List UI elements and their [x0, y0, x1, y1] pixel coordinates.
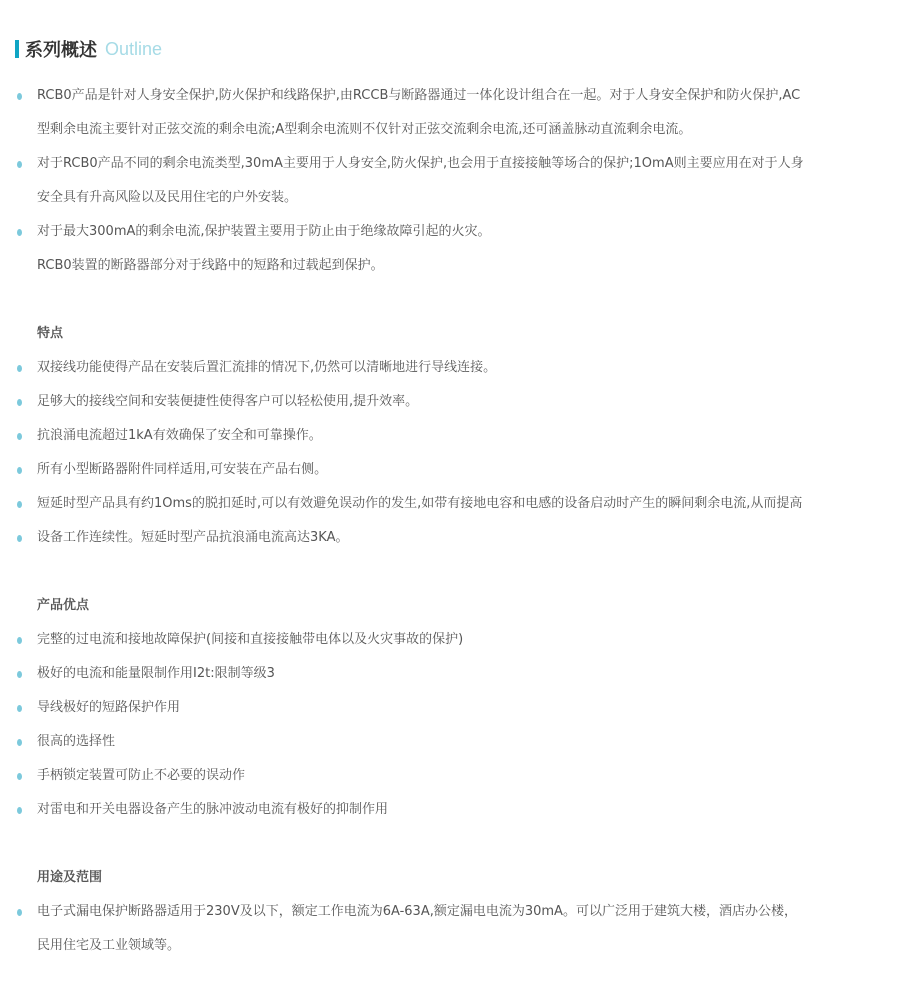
list-item: 极好的电流和能量限制作用I2t:限制等级3	[0, 657, 900, 691]
list-item-text: 型剩余电流主要针对正弦交流的剩余电流;A型剩余电流则不仅针对正弦交流剩余电流,还…	[37, 122, 691, 137]
bullet-icon	[17, 433, 22, 440]
list-item-text: 短延时型产品具有约1Oms的脱扣延时,可以有效避免误动作的发生,如带有接地电容和…	[37, 496, 802, 511]
bullet-icon	[17, 467, 22, 474]
list-item-text: 足够大的接线空间和安装便捷性使得客户可以轻松使用,提升效率。	[37, 394, 418, 409]
list-item-text: 安全具有升高风险以及民用住宅的户外安装。	[37, 190, 297, 205]
list-item-text: 对于RCB0产品不同的剩余电流类型,30mA主要用于人身安全,防火保护,也会用于…	[37, 156, 804, 171]
advantages-section: 产品优点 完整的过电流和接地故障保护(间接和直接接触带电体以及火灾事故的保护) …	[0, 589, 900, 827]
list-item: 手柄锁定装置可防止不必要的误动作	[0, 759, 900, 793]
list-item: 完整的过电流和接地故障保护(间接和直接接触带电体以及火灾事故的保护)	[0, 623, 900, 657]
list-item-text: RCB0装置的断路器部分对于线路中的短路和过载起到保护。	[37, 258, 384, 273]
list-item: RCB0产品是针对人身安全保护,防火保护和线路保护,由RCCB与断路器通过一体化…	[0, 79, 900, 113]
list-item-text: RCB0产品是针对人身安全保护,防火保护和线路保护,由RCCB与断路器通过一体化…	[37, 88, 800, 103]
list-item: 电子式漏电保护断路器适用于230V及以下，额定工作电流为6A-63A,额定漏电电…	[0, 895, 900, 929]
list-item: 足够大的接线空间和安装便捷性使得客户可以轻松使用,提升效率。	[0, 385, 900, 419]
list-item-text: 对雷电和开关电器设备产生的脉冲波动电流有极好的抑制作用	[37, 802, 388, 817]
list-item-text: 抗浪涌电流超过1kA有效确保了安全和可靠操作。	[37, 428, 322, 443]
list-item-text: 很高的选择性	[37, 734, 115, 749]
section-header: 系列概述 Outline	[15, 36, 162, 62]
bullet-icon	[17, 229, 22, 236]
spacer	[0, 283, 900, 317]
page-subtitle-en: Outline	[105, 39, 162, 60]
list-item: 对雷电和开关电器设备产生的脉冲波动电流有极好的抑制作用	[0, 793, 900, 827]
bullet-icon	[17, 739, 22, 746]
list-item-text: 设备工作连续性。短延时型产品抗浪涌电流高达3KA。	[37, 530, 348, 545]
list-item: 抗浪涌电流超过1kA有效确保了安全和可靠操作。	[0, 419, 900, 453]
list-item-text: 手柄锁定装置可防止不必要的误动作	[37, 768, 245, 783]
bullet-icon	[17, 161, 22, 168]
bullet-icon	[17, 773, 22, 780]
bullet-icon	[17, 705, 22, 712]
bullet-icon	[17, 93, 22, 100]
bullet-icon	[17, 637, 22, 644]
features-section: 特点 双接线功能使得产品在安装后置汇流排的情况下,仍然可以清晰地进行导线连接。 …	[0, 317, 900, 555]
list-item-text: 所有小型断路器附件同样适用,可安装在产品右侧。	[37, 462, 327, 477]
list-item: 很高的选择性	[0, 725, 900, 759]
bullet-icon	[17, 535, 22, 542]
spacer	[0, 555, 900, 589]
list-item-text: 完整的过电流和接地故障保护(间接和直接接触带电体以及火灾事故的保护)	[37, 632, 463, 647]
bullet-icon	[17, 909, 22, 916]
applications-section: 用途及范围 电子式漏电保护断路器适用于230V及以下，额定工作电流为6A-63A…	[0, 861, 900, 963]
list-item: 所有小型断路器附件同样适用,可安装在产品右侧。	[0, 453, 900, 487]
page-title: 系列概述	[25, 36, 97, 62]
list-item-continuation: RCB0装置的断路器部分对于线路中的短路和过载起到保护。	[0, 249, 900, 283]
list-item-continuation: 民用住宅及工业领域等。	[0, 929, 900, 963]
list-item-text: 双接线功能使得产品在安装后置汇流排的情况下,仍然可以清晰地进行导线连接。	[37, 360, 496, 375]
list-item-text: 对于最大300mA的剩余电流,保护装置主要用于防止由于绝缘故障引起的火灾。	[37, 224, 491, 239]
list-item-text: 极好的电流和能量限制作用I2t:限制等级3	[37, 666, 275, 681]
list-item-continuation: 安全具有升高风险以及民用住宅的户外安装。	[0, 181, 900, 215]
bullet-icon	[17, 671, 22, 678]
section-heading: 用途及范围	[0, 861, 900, 895]
list-item-text: 导线极好的短路保护作用	[37, 700, 180, 715]
accent-bar	[15, 40, 19, 58]
list-item: 短延时型产品具有约1Oms的脱扣延时,可以有效避免误动作的发生,如带有接地电容和…	[0, 487, 900, 521]
bullet-icon	[17, 501, 22, 508]
list-item: 对于最大300mA的剩余电流,保护装置主要用于防止由于绝缘故障引起的火灾。	[0, 215, 900, 249]
content: RCB0产品是针对人身安全保护,防火保护和线路保护,由RCCB与断路器通过一体化…	[0, 79, 900, 963]
bullet-icon	[17, 807, 22, 814]
list-item: 设备工作连续性。短延时型产品抗浪涌电流高达3KA。	[0, 521, 900, 555]
section-heading: 产品优点	[0, 589, 900, 623]
section-heading: 特点	[0, 317, 900, 351]
list-item-continuation: 型剩余电流主要针对正弦交流的剩余电流;A型剩余电流则不仅针对正弦交流剩余电流,还…	[0, 113, 900, 147]
overview-section: RCB0产品是针对人身安全保护,防火保护和线路保护,由RCCB与断路器通过一体化…	[0, 79, 900, 283]
list-item-text: 电子式漏电保护断路器适用于230V及以下，额定工作电流为6A-63A,额定漏电电…	[37, 904, 797, 919]
bullet-icon	[17, 365, 22, 372]
bullet-icon	[17, 399, 22, 406]
list-item: 双接线功能使得产品在安装后置汇流排的情况下,仍然可以清晰地进行导线连接。	[0, 351, 900, 385]
spacer	[0, 827, 900, 861]
list-item: 导线极好的短路保护作用	[0, 691, 900, 725]
list-item-text: 民用住宅及工业领域等。	[37, 938, 180, 953]
list-item: 对于RCB0产品不同的剩余电流类型,30mA主要用于人身安全,防火保护,也会用于…	[0, 147, 900, 181]
